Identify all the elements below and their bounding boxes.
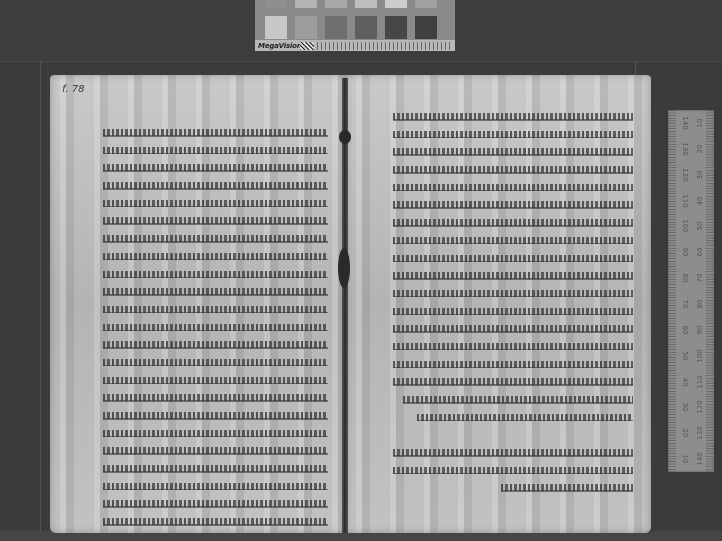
manuscript-text-line	[103, 495, 328, 510]
color-patch	[295, 0, 317, 8]
color-patch-row-bottom	[255, 16, 455, 39]
ruler-label: 10	[696, 116, 704, 130]
color-patch	[355, 16, 377, 39]
manuscript-text-line	[103, 442, 328, 457]
manuscript-text-line	[393, 303, 633, 318]
manuscript-text-line	[103, 230, 328, 245]
manuscript-text-line	[393, 161, 633, 176]
manuscript-text-line	[393, 143, 633, 158]
manuscript-text-line	[103, 159, 328, 174]
color-patch	[385, 0, 407, 8]
ruler-label: 30	[696, 168, 704, 182]
ruler-label: 120	[681, 168, 689, 182]
manuscript-text-line	[393, 320, 633, 335]
manuscript-text-line	[103, 354, 328, 369]
ruler-label: 110	[696, 375, 704, 389]
ruler-label: 130	[681, 142, 689, 156]
ruler-label: 70	[681, 297, 689, 311]
manuscript-text-line	[393, 373, 633, 388]
right-page-text-column	[393, 108, 633, 497]
manuscript-text-line	[103, 124, 328, 139]
ruler-label: 90	[681, 245, 689, 259]
scale-bar	[317, 42, 452, 50]
ruler-label: 20	[696, 142, 704, 156]
manuscript-text-line	[103, 460, 328, 475]
manuscript-text-line	[103, 336, 328, 351]
manuscript-text-line	[103, 513, 328, 528]
ruler-label: 80	[681, 271, 689, 285]
color-patch	[415, 16, 437, 39]
manuscript-text-line	[103, 301, 328, 316]
ruler-label: 20	[681, 426, 689, 440]
manuscript-text-line	[393, 179, 633, 194]
manuscript-text-line	[103, 142, 328, 157]
brand-label: MegaVision	[255, 42, 300, 50]
manuscript-text-line	[393, 356, 633, 371]
manuscript-text-line	[393, 338, 633, 353]
ruler-label: 140	[696, 452, 704, 466]
guide-line-left	[40, 62, 41, 541]
color-patch	[385, 16, 407, 39]
manuscript-text-line	[393, 250, 633, 265]
color-patch	[295, 16, 317, 39]
color-patch-row-top	[255, 0, 455, 8]
manuscript-text-line	[393, 479, 633, 494]
manuscript-gutter	[342, 78, 348, 533]
manuscript-text-line	[393, 409, 633, 424]
brand-logo-icon	[300, 42, 314, 50]
color-patch	[325, 16, 347, 39]
folio-number: f. 78	[62, 84, 84, 95]
manuscript-text-line	[393, 285, 633, 300]
gutter-damage	[339, 130, 351, 144]
ruler-labels-left: 140130120110100908070605040302010	[678, 110, 692, 472]
manuscript-text-line	[103, 389, 328, 404]
ruler-labels-right: 102030405060708090100110120130140	[693, 110, 707, 472]
checker-brand-bar: MegaVision	[255, 40, 455, 51]
ruler-label: 120	[696, 400, 704, 414]
manuscript-text-line	[103, 372, 328, 387]
ruler-label: 110	[681, 194, 689, 208]
color-patch	[265, 16, 287, 39]
ruler-label: 100	[681, 219, 689, 233]
manuscript-text-line	[393, 126, 633, 141]
color-patch	[355, 0, 377, 8]
ruler-label: 40	[681, 375, 689, 389]
ruler-label: 50	[696, 219, 704, 233]
manuscript-text-line	[103, 177, 328, 192]
color-patch	[265, 0, 287, 8]
ruler-label: 80	[696, 297, 704, 311]
ruler-ticks	[668, 110, 676, 472]
measurement-ruler: 140130120110100908070605040302010 102030…	[668, 110, 714, 472]
manuscript-text-line	[103, 407, 328, 422]
manuscript-text-line	[103, 425, 328, 440]
ruler-label: 60	[696, 245, 704, 259]
color-checker-target: MegaVision	[255, 0, 455, 51]
ruler-label: 70	[696, 271, 704, 285]
manuscript-text-line	[103, 266, 328, 281]
ruler-label: 90	[696, 323, 704, 337]
manuscript-text-line	[103, 212, 328, 227]
color-patch	[415, 0, 437, 8]
ruler-label: 30	[681, 400, 689, 414]
manuscript-text-line	[393, 214, 633, 229]
ruler-label: 100	[696, 349, 704, 363]
manuscript-text-line	[393, 444, 633, 459]
manuscript-text-line	[393, 462, 633, 477]
color-patch	[325, 0, 347, 8]
left-page-text-column	[103, 124, 328, 531]
gutter-damage	[338, 248, 350, 288]
ruler-label: 130	[696, 426, 704, 440]
manuscript-text-line	[103, 195, 328, 210]
ruler-label: 60	[681, 323, 689, 337]
ruler-label: 40	[696, 194, 704, 208]
backdrop-seam	[0, 61, 722, 62]
ruler-label: 10	[681, 452, 689, 466]
manuscript-text-line	[393, 108, 633, 123]
manuscript-text-line	[103, 319, 328, 334]
manuscript-text-line	[393, 232, 633, 247]
manuscript-text-line	[103, 478, 328, 493]
manuscript-text-line	[103, 283, 328, 298]
ruler-label: 50	[681, 349, 689, 363]
manuscript-text-line	[393, 267, 633, 282]
manuscript-text-line	[393, 196, 633, 211]
manuscript-text-line	[393, 426, 633, 441]
ruler-ticks	[706, 110, 714, 472]
manuscript-text-line	[103, 248, 328, 263]
manuscript-text-line	[393, 391, 633, 406]
ruler-label: 140	[681, 116, 689, 130]
